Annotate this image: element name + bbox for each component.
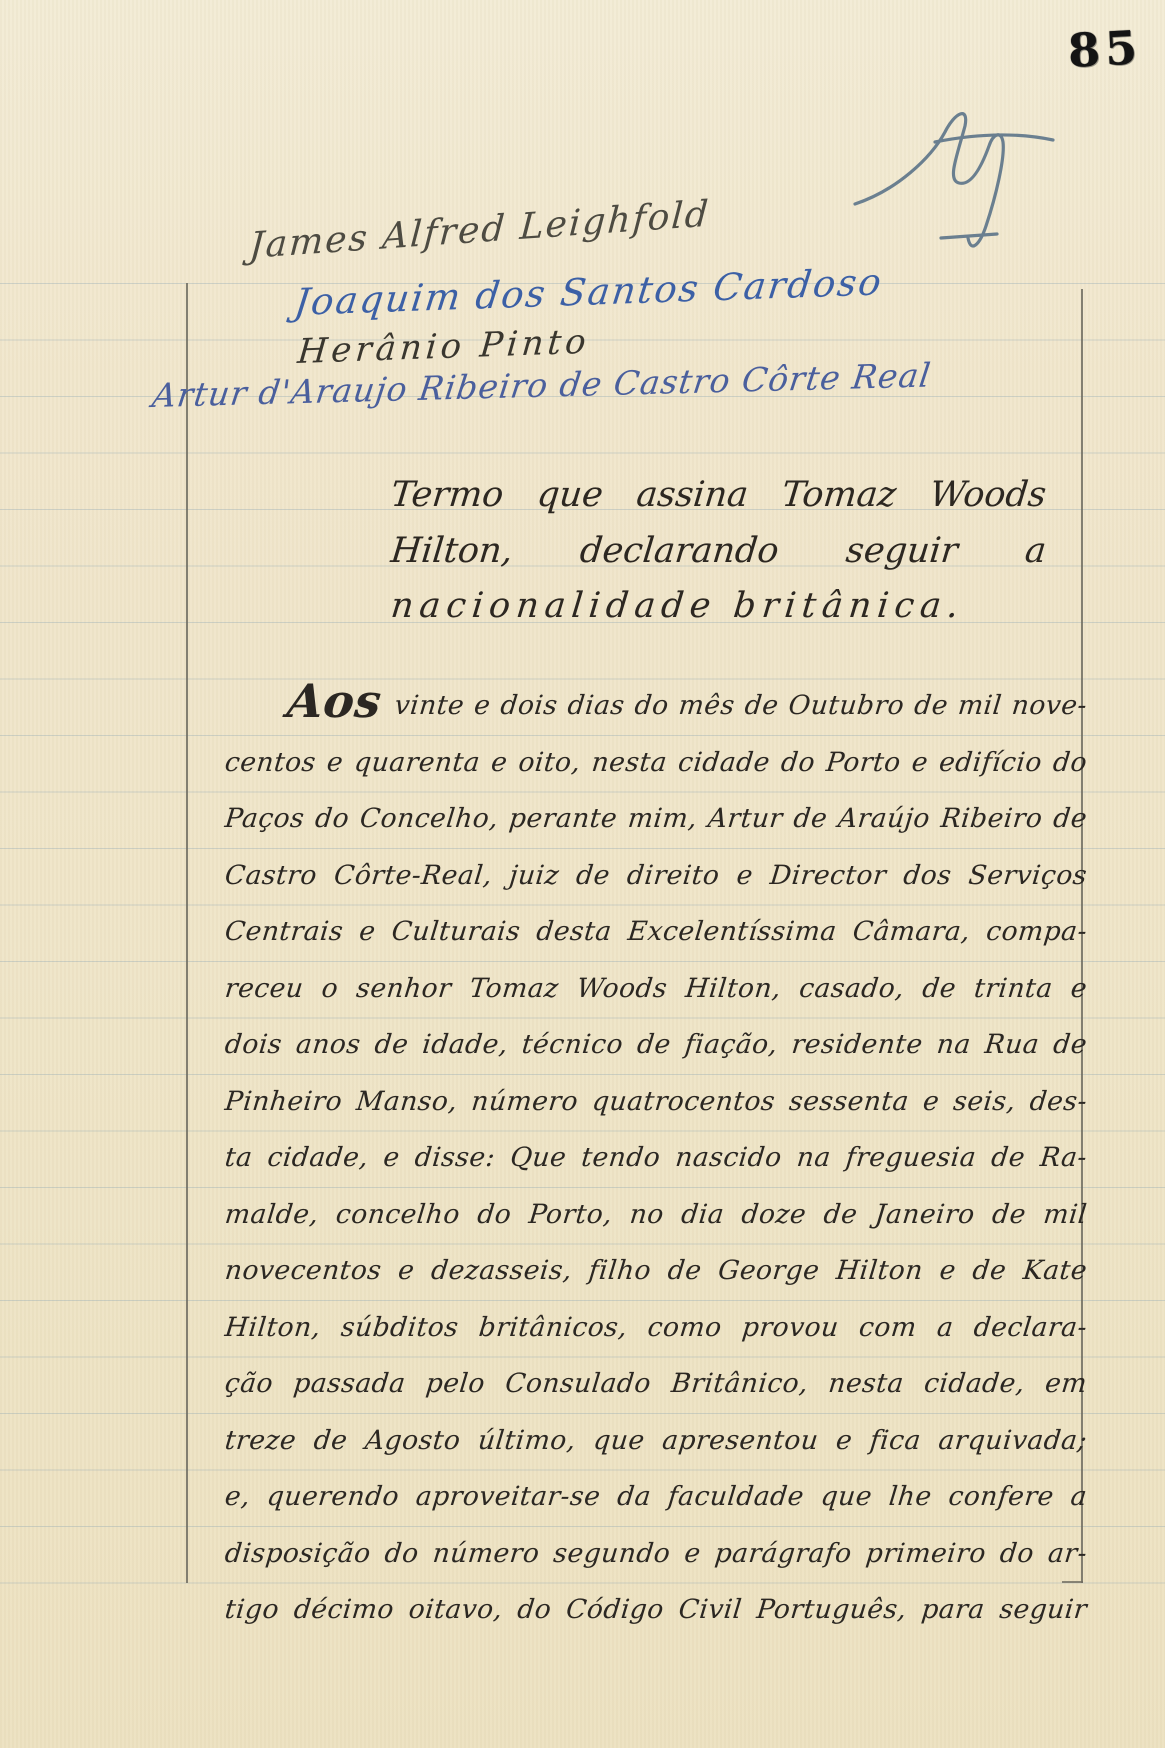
page-number-stamp: 85 <box>1067 20 1144 78</box>
body-line: malde, concelho do Porto, no dia doze de… <box>222 1187 1090 1244</box>
entry-title-line: Hilton, declarando seguir a <box>388 524 1049 580</box>
body-line: Castro Côrte-Real, juiz de direito e Dir… <box>222 848 1090 905</box>
signature-james-alfred-leighfold: James Alfred Leighfold <box>248 193 711 267</box>
body-line: e, querendo aproveitar-se da faculdade q… <box>222 1469 1090 1526</box>
notary-paraph-icon <box>845 92 1070 257</box>
body-line: receu o senhor Tomaz Woods Hilton, casad… <box>222 961 1090 1018</box>
body-line: tigo décimo oitavo, do Código Civil Port… <box>222 1582 1090 1639</box>
entry-title-line: nacionalidade britânica. <box>388 579 1049 635</box>
body-line: Centrais e Culturais desta Excelentíssim… <box>222 904 1090 961</box>
left-margin-line <box>186 283 188 1583</box>
body-line: ção passada pelo Consulado Britânico, ne… <box>222 1356 1090 1413</box>
body-line: treze de Agosto último, que apresentou e… <box>222 1413 1090 1470</box>
entry-title: Termo que assina Tomaz Woods Hilton, dec… <box>388 468 1043 635</box>
body-line: Paços do Concelho, perante mim, Artur de… <box>222 791 1090 848</box>
body-line: disposição do número segundo e parágrafo… <box>222 1526 1090 1583</box>
body-line: novecentos e dezasseis, filho de George … <box>222 1243 1090 1300</box>
body-line: dois anos de idade, técnico de fiação, r… <box>222 1017 1090 1074</box>
entry-title-line: Termo que assina Tomaz Woods <box>388 468 1049 524</box>
body-line: centos e quarenta e oito, nesta cidade d… <box>222 735 1090 792</box>
entry-body: Aosvinte e dois dias do mês de Outubro d… <box>222 678 1084 1639</box>
body-line: Hilton, súbditos britânicos, como provou… <box>222 1300 1090 1357</box>
register-page: 85 James Alfred Leighfold Joaquim dos Sa… <box>0 0 1165 1748</box>
body-line: ta cidade, e disse: Que tendo nascido na… <box>222 1130 1090 1187</box>
body-line: Pinheiro Manso, número quatrocentos sess… <box>222 1074 1090 1131</box>
body-line-text: vinte e dois dias do mês de Outubro de m… <box>393 690 1088 721</box>
body-line: Aosvinte e dois dias do mês de Outubro d… <box>222 678 1090 735</box>
